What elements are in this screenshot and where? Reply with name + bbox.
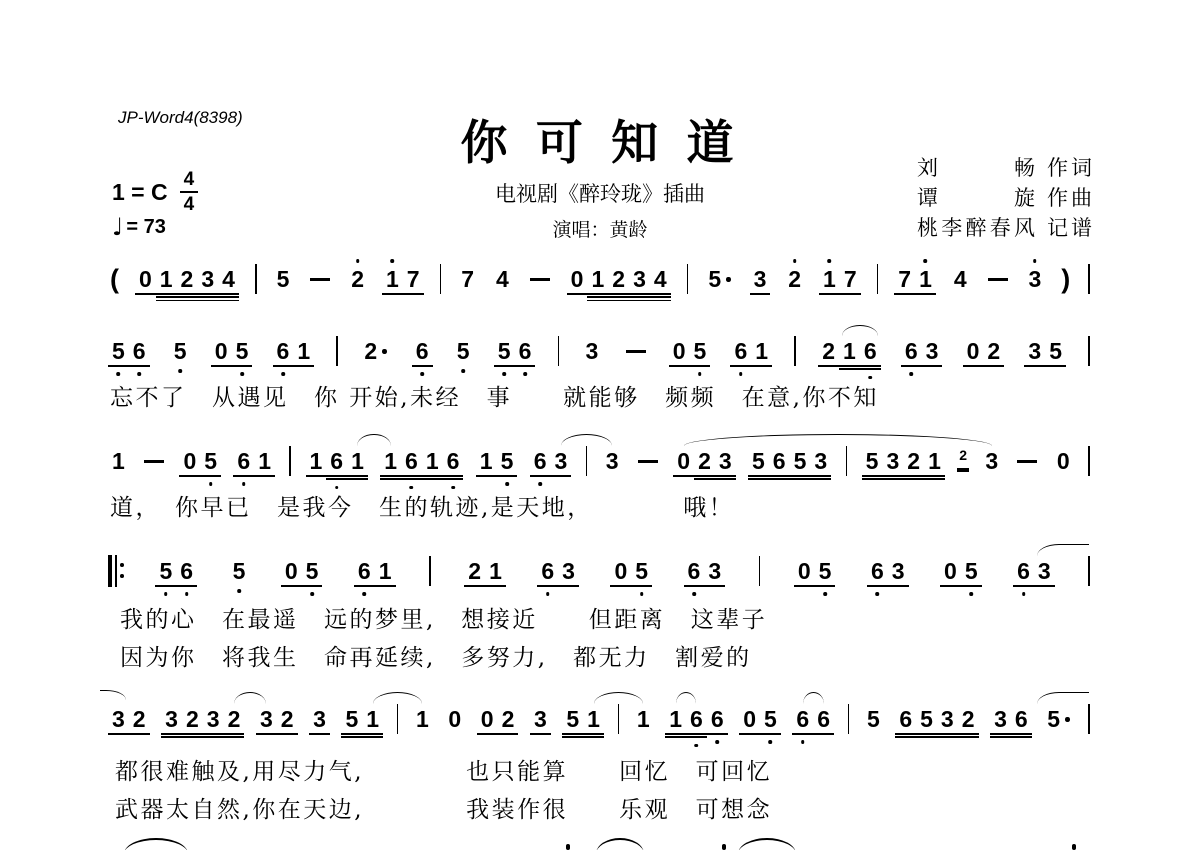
note: 2 (958, 706, 979, 732)
octave-dot-below (909, 372, 913, 376)
beam-underline (1034, 585, 1055, 587)
composer-name: 谭旋 (917, 182, 1035, 212)
beam-underline (915, 293, 936, 295)
beam-underline (155, 585, 176, 587)
beam-underline (197, 296, 218, 298)
beam-underline (840, 293, 861, 295)
note: 5 (961, 558, 982, 584)
beam-underline (211, 365, 232, 367)
barline (1088, 556, 1090, 586)
beam-underline (650, 296, 671, 298)
beam-underline (882, 475, 903, 477)
note: 1 (156, 266, 177, 292)
note: 6 (901, 338, 922, 364)
note: 1 (293, 338, 314, 364)
note: 1 (375, 558, 396, 584)
note: 7 (457, 266, 478, 292)
beam-underline (156, 300, 177, 302)
note: 3 (309, 706, 330, 732)
note: 1 (583, 706, 604, 732)
barline (397, 704, 399, 734)
time-denominator: 4 (184, 193, 195, 214)
note: 5 (341, 706, 362, 732)
beam-underline (515, 365, 536, 367)
note: 1 (108, 448, 129, 474)
note: 6 (792, 706, 813, 732)
beam-underline (401, 475, 422, 477)
beam-underline (347, 478, 368, 480)
note: 1 (306, 448, 327, 474)
beam-underline (895, 736, 916, 738)
octave-dot-below (502, 372, 506, 376)
beam-group: 51 (341, 706, 383, 732)
duration-dash (635, 448, 661, 474)
beam-underline (583, 733, 604, 735)
beam-underline (690, 365, 711, 367)
beam-group: 05 (794, 558, 836, 584)
note: 3 (558, 558, 579, 584)
note: 3 (582, 338, 603, 364)
lyrics-line: 都很难触及,用尽力气, 也只能算 回忆 可回忆 (115, 753, 772, 786)
beam-underline (769, 478, 790, 480)
beam-group: 023 (673, 448, 735, 474)
note: 2 (464, 558, 485, 584)
note: 6 (515, 338, 536, 364)
lyricist-name: 刘畅 (917, 152, 1035, 182)
note: 2 (360, 338, 391, 364)
note: 5 (155, 558, 176, 584)
note: 0 (794, 558, 815, 584)
note: 0 (610, 558, 631, 584)
note: 7 (840, 266, 861, 292)
beam-group: 56 (494, 338, 536, 364)
duration-dash (141, 448, 167, 474)
note: 6 (129, 338, 150, 364)
note: 6 (443, 448, 464, 474)
note: 3 (981, 448, 1002, 474)
beam-group: 05 (211, 338, 253, 364)
beam-underline (197, 300, 218, 302)
octave-dot-below (546, 592, 550, 596)
beam-underline (498, 733, 519, 735)
credits-block: 刘畅 作词 谭旋 作曲 桃李醉春风 记谱 (917, 152, 1095, 242)
beam-underline (860, 365, 881, 367)
beam-underline (819, 293, 840, 295)
beam-underline (108, 365, 129, 367)
beam-underline (686, 733, 707, 735)
beam-group: 05 (940, 558, 982, 584)
beam-group: 17 (382, 266, 424, 292)
beam-underline (256, 733, 277, 735)
beam-underline (567, 293, 588, 295)
transcriber-role: 记谱 (1047, 212, 1095, 242)
beam-group: 3232 (161, 706, 244, 732)
note: 4 (492, 266, 513, 292)
music-line-2: 56505612655630561216630235 (108, 338, 1092, 366)
beam-underline (629, 293, 650, 295)
octave-dot-below (823, 592, 827, 596)
beam-underline (839, 368, 860, 370)
note: 0 (963, 338, 984, 364)
note: 5 (748, 448, 769, 474)
beam-underline (108, 733, 129, 735)
barline (1088, 264, 1090, 294)
barline (846, 446, 848, 476)
octave-dot-below (363, 592, 367, 596)
dash-line (310, 278, 330, 281)
barline (336, 336, 338, 366)
note: 0 (179, 448, 200, 474)
beam-underline (707, 733, 728, 735)
duration-dash (985, 266, 1011, 292)
beam-underline (401, 478, 422, 480)
barline (289, 446, 291, 476)
note: 0 (211, 338, 232, 364)
beam-group-slur: 16 (839, 338, 881, 364)
beam-underline (1024, 365, 1045, 367)
octave-dot-below (739, 372, 743, 376)
cutoff-slur-fragment (738, 838, 796, 850)
repeat-sign (108, 555, 124, 587)
beam-underline (281, 585, 302, 587)
note: 3 (888, 558, 909, 584)
octave-dot-below (240, 372, 244, 376)
cutoff-note-fragment (1072, 844, 1076, 850)
note: 6 (401, 448, 422, 474)
beam-underline (916, 736, 937, 738)
beam-underline (485, 585, 506, 587)
quarter-note-icon: ♩ (112, 213, 123, 241)
time-numerator: 4 (180, 170, 199, 193)
beam-underline (748, 475, 769, 477)
beam-group: 63 (537, 558, 579, 584)
barline (1088, 446, 1090, 476)
note: 5 (497, 448, 518, 474)
music-line-4: 56505612163056305630563 (108, 558, 1092, 586)
note: 5 (170, 338, 191, 364)
octave-dot-below (640, 592, 644, 596)
lyrics-line: 因为你 将我生 命再延续, 多努力, 都无力 割爱的 (120, 639, 752, 672)
beam-group: 05 (739, 706, 781, 732)
slur (234, 692, 266, 704)
repeat-sign-part (115, 555, 117, 587)
beam-underline (958, 733, 979, 735)
beam-underline (306, 475, 327, 477)
time-signature: 4 4 (180, 170, 199, 214)
beam-group: 63 (867, 558, 909, 584)
note: 0 (669, 338, 690, 364)
note: 3 (551, 448, 572, 474)
note: 3 (108, 706, 129, 732)
tempo-marking: ♩ = 73 (112, 213, 166, 241)
beam-underline (197, 293, 218, 295)
credit-row-composer: 谭旋 作曲 (917, 182, 1095, 212)
beam-underline (818, 365, 839, 367)
beam-underline (760, 733, 781, 735)
beam-underline (497, 475, 518, 477)
dash-line (144, 460, 164, 463)
beam-underline (983, 365, 1004, 367)
slur (684, 434, 992, 446)
beam-underline (347, 475, 368, 477)
dash-line (530, 278, 550, 281)
beam-underline (748, 478, 769, 480)
beam-underline (694, 475, 715, 477)
beam-underline (810, 478, 831, 480)
beam-group: 61 (354, 558, 396, 584)
beam-underline (957, 470, 969, 472)
beam-group: 63 (530, 448, 572, 474)
note: 6 (176, 558, 197, 584)
note: 5 (232, 338, 253, 364)
beam-underline (608, 300, 629, 302)
barline (794, 336, 796, 366)
octave-dot-above (356, 259, 360, 263)
note: 0 (567, 266, 588, 292)
sheet-music-page: JP-Word4(8398) 你 可 知 道 电视剧《醉玲珑》插曲 演唱：黄龄 … (0, 0, 1200, 850)
beam-underline (177, 300, 198, 302)
beam-underline (551, 475, 572, 477)
note: 3 (602, 448, 623, 474)
note: 5 (200, 448, 221, 474)
beam-group: 36 (990, 706, 1032, 732)
note: 5 (1043, 706, 1074, 732)
octave-dot-above (793, 259, 797, 263)
lyricist-role: 作词 (1047, 152, 1095, 182)
note: 6 (769, 448, 790, 474)
beam-underline (958, 736, 979, 738)
beam-underline (629, 296, 650, 298)
beam-underline (665, 733, 686, 735)
note: 2 (177, 266, 198, 292)
beam-underline (380, 478, 401, 480)
beam-underline (302, 585, 323, 587)
octave-dot-below (310, 592, 314, 596)
beam-underline (382, 293, 403, 295)
beam-underline (629, 300, 650, 302)
note: 3 (256, 706, 277, 732)
beam-underline (924, 478, 945, 480)
note: 1 (587, 266, 608, 292)
cutoff-note-fragment (722, 844, 726, 850)
beam-underline (862, 475, 883, 477)
note: 6 (867, 558, 888, 584)
beam-underline (790, 478, 811, 480)
note: 3 (922, 338, 943, 364)
beam-underline (650, 300, 671, 302)
beam-underline (587, 296, 608, 298)
note: 0 (135, 266, 156, 292)
note: 1 (751, 338, 772, 364)
note: 0 (1053, 448, 1074, 474)
beam-underline (182, 733, 203, 735)
duration-dash (623, 338, 649, 364)
beam-underline (739, 733, 760, 735)
lyrics-line: 武器太自然,你在天边, 我装作很 乐观 可想念 (115, 791, 772, 824)
note: 1 (915, 266, 936, 292)
beam-underline (813, 733, 834, 735)
beam-underline (860, 368, 881, 370)
beam-group: 32 (256, 706, 298, 732)
beam-group: 63 (1013, 558, 1055, 584)
note: 2 (347, 266, 368, 292)
octave-dot-below (801, 740, 805, 744)
parenthesis: ) (1059, 266, 1072, 292)
note: 5 (916, 706, 937, 732)
beam-group: 63 (684, 558, 726, 584)
beam-underline (200, 475, 221, 477)
beam-group: 05 (179, 448, 221, 474)
note: 5 (108, 338, 129, 364)
beam-underline (922, 365, 943, 367)
music-line-3: 1056116116161563302356535321230 (108, 448, 1092, 476)
note: 6 (530, 448, 551, 474)
note: 2 (818, 338, 839, 364)
dash-line (638, 460, 658, 463)
beam-underline (665, 736, 686, 738)
beam-group: 5653 (748, 448, 831, 474)
beam-underline (924, 475, 945, 477)
note: 6 (537, 558, 558, 584)
beam-underline (362, 736, 383, 738)
note: 5 (229, 558, 250, 584)
note: 3 (629, 266, 650, 292)
note: 1 (412, 706, 433, 732)
transcriber-name: 桃李醉春风 (917, 212, 1035, 242)
beam-group: 61 (273, 338, 315, 364)
octave-dot-above (391, 259, 395, 263)
note: 5 (690, 338, 711, 364)
music-line-1: (0123452177401234532177143) (108, 266, 1092, 294)
beam-group: 61 (730, 338, 772, 364)
note: 6 (326, 448, 347, 474)
note: 3 (990, 706, 1011, 732)
beam-group: 02 (477, 706, 519, 732)
note: 1 (839, 338, 860, 364)
beam-underline (790, 475, 811, 477)
beam-underline (293, 365, 314, 367)
slur (594, 692, 644, 704)
beam-underline (686, 736, 707, 738)
augmentation-dot (382, 349, 387, 354)
note: 2 (498, 706, 519, 732)
beam-underline (562, 733, 583, 735)
beam-underline (161, 733, 182, 735)
music-line-5: 3232323235110023511166056656532365 (108, 706, 1092, 734)
octave-dot-below (969, 592, 973, 596)
beam-underline (443, 475, 464, 477)
beam-underline (794, 585, 815, 587)
note: 5 (562, 706, 583, 732)
dash-line (988, 278, 1008, 281)
beam-underline (273, 365, 294, 367)
slur (676, 692, 697, 704)
beam-underline (587, 300, 608, 302)
beam-group: 166 (665, 706, 727, 732)
beam-underline (129, 733, 150, 735)
beam-group: 51 (562, 706, 604, 732)
note: 3 (161, 706, 182, 732)
repeat-sign-part (108, 555, 112, 587)
barline (618, 704, 620, 734)
note: 5 (790, 448, 811, 474)
beam-underline (176, 585, 197, 587)
composer-role: 作曲 (1047, 182, 1095, 212)
beam-underline (937, 736, 958, 738)
beam-underline (684, 585, 705, 587)
note: 3 (704, 558, 725, 584)
note: 1 (382, 266, 403, 292)
note: 7 (894, 266, 915, 292)
note: 6 (684, 558, 705, 584)
note: 5 (863, 706, 884, 732)
beam-group: 01234 (135, 266, 239, 292)
note: 4 (650, 266, 671, 292)
note: 3 (1025, 266, 1046, 292)
octave-dot-below (538, 482, 542, 486)
cutoff-slur-fragment (596, 838, 644, 850)
beam-underline (587, 293, 608, 295)
octave-dot-below (178, 369, 182, 373)
barline (687, 264, 689, 294)
duration-dash (307, 266, 333, 292)
barline (877, 264, 879, 294)
note: 1 (476, 448, 497, 474)
beam-group: 56 (108, 338, 150, 364)
beam-underline (232, 365, 253, 367)
note: 0 (444, 706, 465, 732)
note: 6 (860, 338, 881, 364)
beam-underline (422, 478, 443, 480)
beam-underline (750, 293, 771, 295)
beam-underline (177, 296, 198, 298)
octave-dot-below (420, 372, 424, 376)
beam-underline (704, 585, 725, 587)
beam-group: 61 (233, 448, 275, 474)
beam-group: 66 (792, 706, 834, 732)
duration-dash (527, 266, 553, 292)
beam-underline (203, 733, 224, 735)
beam-underline (1011, 736, 1032, 738)
beam-underline (882, 478, 903, 480)
octave-dot-below (769, 740, 773, 744)
note: 1 (485, 558, 506, 584)
beam-underline (562, 736, 583, 738)
beam-underline (203, 736, 224, 738)
note: 5 (494, 338, 515, 364)
note: 2 (694, 448, 715, 474)
beam-underline (375, 585, 396, 587)
note: 0 (477, 706, 498, 732)
beam-underline (179, 475, 200, 477)
barline (586, 446, 588, 476)
note: 2 (784, 266, 805, 292)
beam-underline (961, 585, 982, 587)
beam-underline (530, 475, 551, 477)
beam-underline (631, 585, 652, 587)
beam-underline (218, 293, 239, 295)
beam-underline (443, 478, 464, 480)
beam-underline (810, 475, 831, 477)
beam-underline (558, 585, 579, 587)
beam-group: 63 (901, 338, 943, 364)
note: 3 (1024, 338, 1045, 364)
augmentation-dot (726, 277, 731, 282)
note: 3 (197, 266, 218, 292)
beam-group: 5321 (862, 448, 945, 474)
key-signature: 1 = C 4 4 (112, 170, 198, 214)
slur (803, 692, 824, 704)
